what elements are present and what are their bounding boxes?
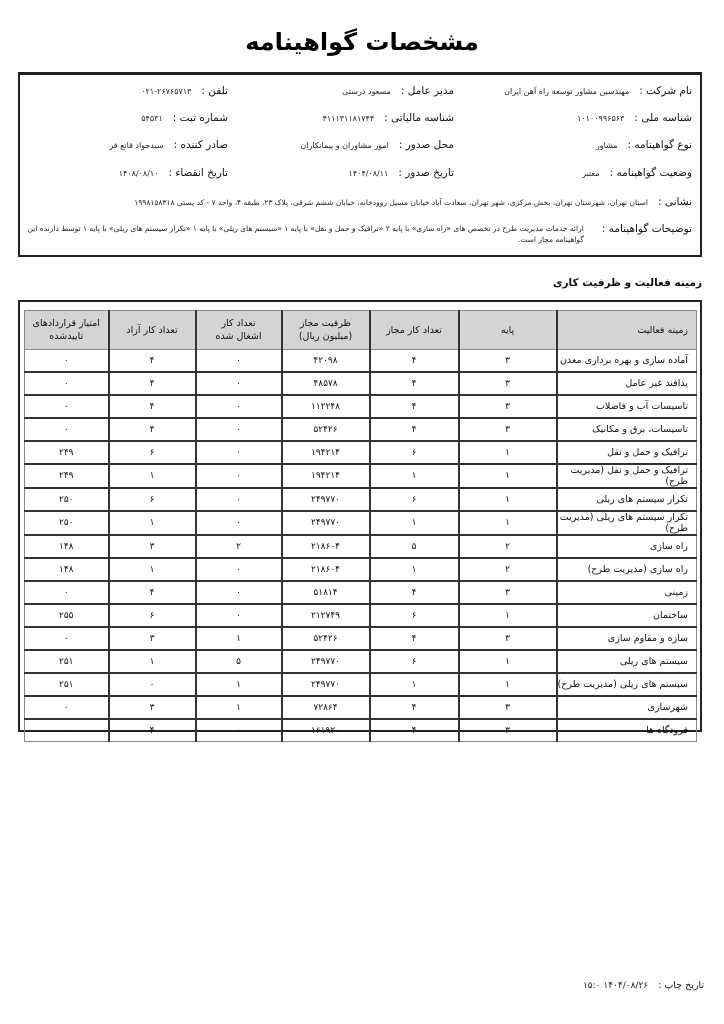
cell-allowed-jobs: ۴ (370, 627, 459, 650)
table-row: فرودگاه ها۳۴۱۶۱۹۲۰۰۴۰ (25, 719, 697, 742)
cell-occupied: ۰ (196, 464, 282, 488)
cell-free: ۱ (109, 511, 196, 535)
cell-free: ۶ (109, 604, 196, 627)
cell-field: سازه و مقاوم سازی (557, 627, 697, 650)
certificate-type-label: نوع گواهینامه : (628, 139, 693, 151)
activity-capacity-table: زمینه فعالیت پایه تعداد کار مجاز ظرفیت م… (24, 310, 697, 742)
cell-grade: ۳ (459, 395, 557, 418)
table-row: سیستم های ریلی۱۶۲۴۹۷۷۰۵۱۲۵۱ (25, 650, 697, 673)
cell-free: ۳ (109, 696, 196, 719)
cell-grade: ۳ (459, 372, 557, 395)
header-score-line1: امتیاز قراردادهای (29, 317, 104, 330)
table-row: تکرار سیستم های ریلی (مدیریت طرح)۱۱۲۴۹۷۷… (25, 511, 697, 535)
expiry-date-value: ۱۴۰۸/۰۸/۱۰ (119, 169, 159, 178)
registration-no-value: ۵۴۵۳۱ (141, 114, 162, 123)
certificate-type-field: نوع گواهینامه : مشاور (596, 139, 692, 151)
activity-table-frame: زمینه فعالیت پایه تعداد کار مجاز ظرفیت م… (18, 300, 702, 732)
table-row: آماده سازی و بهره برداری معدن۳۴۴۲۰۹۸۰۴۰ (25, 350, 697, 373)
cell-grade: ۱ (459, 464, 557, 488)
header-free-jobs: تعداد کار آزاد (109, 311, 196, 350)
info-row-3: نوع گواهینامه : مشاور محل صدور : امور مش… (20, 139, 700, 159)
cell-grade: ۱ (459, 673, 557, 696)
print-date-label: تاریخ چاپ : (658, 980, 704, 991)
cell-free: ۴ (109, 395, 196, 418)
cell-capacity: ۱۹۴۲۱۴ (282, 441, 370, 464)
header-field: زمینه فعالیت (557, 311, 697, 350)
header-allowed-capacity-line2: (میلیون ریال) (287, 330, 365, 343)
cell-grade: ۳ (459, 350, 557, 373)
issue-date-label: تاریخ صدور : (398, 167, 454, 179)
cell-free: ۶ (109, 488, 196, 511)
issuer-label: صادر کننده : (174, 139, 228, 151)
header-grade: پایه (459, 311, 557, 350)
ceo-label: مدیر عامل : (401, 85, 454, 97)
cell-occupied: ۰ (196, 719, 282, 742)
cell-grade: ۳ (459, 719, 557, 742)
cell-grade: ۲ (459, 535, 557, 558)
cell-allowed-jobs: ۴ (370, 372, 459, 395)
description-value: ارائه خدمات مدیریت طرح در تخصص های «راه … (24, 223, 584, 245)
address-value: استان تهران، شهرستان تهران، بخش مرکزی، ش… (134, 198, 648, 207)
certificate-status-label: وضعیت گواهینامه : (610, 167, 692, 179)
cell-occupied: ۰ (196, 395, 282, 418)
cell-occupied: ۱ (196, 673, 282, 696)
cell-grade: ۱ (459, 511, 557, 535)
cell-free: ۱ (109, 558, 196, 581)
header-score-line2: تاییدشده (29, 330, 104, 343)
cell-field: ساختمان (557, 604, 697, 627)
cell-occupied: ۰ (196, 418, 282, 441)
cell-score: ۲۵۱ (25, 650, 109, 673)
cell-grade: ۳ (459, 627, 557, 650)
cell-capacity: ۴۸۵۷۸ (282, 372, 370, 395)
table-header-row: زمینه فعالیت پایه تعداد کار مجاز ظرفیت م… (25, 311, 697, 350)
cell-allowed-jobs: ۱ (370, 558, 459, 581)
national-id-field: شناسه ملی : ۱۰۱۰۰۹۹۶۵۶۳ (577, 112, 692, 124)
info-row-2: شناسه ملی : ۱۰۱۰۰۹۹۶۵۶۳ شناسه مالیاتی : … (20, 112, 700, 132)
tax-id-value: ۴۱۱۱۳۱۱۸۱۷۴۴ (323, 114, 375, 123)
cell-occupied: ۱ (196, 627, 282, 650)
table-row: تاسیسات آب و فاضلاب۳۴۱۱۲۲۴۸۰۴۰ (25, 395, 697, 418)
address-field: نشانی : استان تهران، شهرستان تهران، بخش … (134, 196, 692, 208)
cell-field: ترافیک و حمل و نقل (مدیریت طرح) (557, 464, 697, 488)
phone-label: تلفن : (201, 85, 228, 97)
description-label: توضیحات گواهینامه : (602, 223, 692, 235)
certificate-status-field: وضعیت گواهینامه : معتبر (582, 167, 692, 179)
cell-allowed-jobs: ۶ (370, 488, 459, 511)
table-row: تکرار سیستم های ریلی۱۶۲۴۹۷۷۰۰۶۲۵۰ (25, 488, 697, 511)
phone-value: ۰۲۱-۲۶۷۶۵۷۱۳ (141, 87, 191, 96)
table-row: سازه و مقاوم سازی۳۴۵۲۴۲۶۱۳۰ (25, 627, 697, 650)
cell-capacity: ۲۱۲۷۴۹ (282, 604, 370, 627)
certificate-info-box: نام شرکت : مهندسین مشاور توسعه راه آهن ا… (18, 72, 702, 257)
cell-occupied: ۲ (196, 535, 282, 558)
cell-score: ۰ (25, 350, 109, 373)
cell-score: ۱۴۸ (25, 535, 109, 558)
cell-free: ۱ (109, 464, 196, 488)
expiry-date-field: تاریخ انقضاء : ۱۴۰۸/۰۸/۱۰ (119, 167, 228, 179)
cell-free: ۴ (109, 418, 196, 441)
activity-table-body: آماده سازی و بهره برداری معدن۳۴۴۲۰۹۸۰۴۰پ… (25, 350, 697, 742)
table-row: ساختمان۱۶۲۱۲۷۴۹۰۶۲۵۵ (25, 604, 697, 627)
cell-allowed-jobs: ۴ (370, 581, 459, 604)
issuer-field: صادر کننده : سیدجواد قانع فر (109, 139, 228, 151)
tax-id-label: شناسه مالیاتی : (384, 112, 454, 124)
cell-field: سیستم های ریلی (557, 650, 697, 673)
cell-allowed-jobs: ۶ (370, 604, 459, 627)
cell-field: تاسیسات، برق و مکانیک (557, 418, 697, 441)
cell-field: آماده سازی و بهره برداری معدن (557, 350, 697, 373)
address-label: نشانی : (658, 196, 692, 208)
cell-free: ۴ (109, 719, 196, 742)
cell-allowed-jobs: ۱ (370, 511, 459, 535)
cell-capacity: ۴۲۰۹۸ (282, 350, 370, 373)
cell-allowed-jobs: ۴ (370, 395, 459, 418)
cell-field: راه سازی (557, 535, 697, 558)
certificate-status-value: معتبر (582, 169, 599, 178)
cell-free: ۴ (109, 581, 196, 604)
cell-grade: ۲ (459, 558, 557, 581)
cell-capacity: ۲۴۹۷۷۰ (282, 511, 370, 535)
cell-capacity: ۲۱۸۶۰۴ (282, 535, 370, 558)
cell-capacity: ۱۹۴۲۱۴ (282, 464, 370, 488)
cell-capacity: ۵۲۴۲۶ (282, 627, 370, 650)
cell-occupied: ۱ (196, 696, 282, 719)
cell-allowed-jobs: ۶ (370, 650, 459, 673)
cell-occupied: ۰ (196, 488, 282, 511)
cell-allowed-jobs: ۶ (370, 441, 459, 464)
cell-capacity: ۲۴۹۷۷۰ (282, 673, 370, 696)
info-row-4: وضعیت گواهینامه : معتبر تاریخ صدور : ۱۴۰… (20, 167, 700, 187)
cell-grade: ۱ (459, 441, 557, 464)
table-row: زمینی۳۴۵۱۸۱۴۰۴۰ (25, 581, 697, 604)
issue-date-value: ۱۴۰۴/۰۸/۱۱ (349, 169, 389, 178)
cell-score: ۰ (25, 372, 109, 395)
certificate-type-value: مشاور (596, 141, 618, 150)
issuer-value: سیدجواد قانع فر (109, 141, 163, 150)
registration-no-field: شماره ثبت : ۵۴۵۳۱ (141, 112, 228, 124)
cell-allowed-jobs: ۴ (370, 350, 459, 373)
header-allowed-capacity: ظرفیت مجاز (میلیون ریال) (282, 311, 370, 350)
cell-allowed-jobs: ۴ (370, 418, 459, 441)
cell-free: ۴ (109, 372, 196, 395)
header-occupied-jobs: تعداد کار اشغال شده (196, 311, 282, 350)
header-score: امتیاز قراردادهای تاییدشده (25, 311, 109, 350)
table-row: ترافیک و حمل و نقل (مدیریت طرح)۱۱۱۹۴۲۱۴۰… (25, 464, 697, 488)
header-allowed-jobs: تعداد کار مجاز (370, 311, 459, 350)
registration-no-label: شماره ثبت : (173, 112, 228, 124)
print-date-value: ۱۴۰۴/۰۸/۲۶ ۱۵:۰ (583, 981, 648, 991)
cell-free: ۴ (109, 350, 196, 373)
cell-score: ۰ (25, 719, 109, 742)
ceo-field: مدیر عامل : مسعود درستی (342, 85, 454, 97)
cell-occupied: ۰ (196, 558, 282, 581)
cell-free: ۳ (109, 627, 196, 650)
certificate-page: مشخصات گواهینامه نام شرکت : مهندسین مشاو… (0, 0, 724, 1024)
table-row: شهرسازی۳۴۷۲۸۶۴۱۳۰ (25, 696, 697, 719)
cell-capacity: ۵۲۴۲۶ (282, 418, 370, 441)
cell-allowed-jobs: ۱ (370, 673, 459, 696)
cell-allowed-jobs: ۱ (370, 464, 459, 488)
info-row-1: نام شرکت : مهندسین مشاور توسعه راه آهن ا… (20, 85, 700, 105)
cell-occupied: ۰ (196, 350, 282, 373)
cell-field: پدافند غیر عامل (557, 372, 697, 395)
table-row: سیستم های ریلی (مدیریت طرح)۱۱۲۴۹۷۷۰۱۰۲۵۱ (25, 673, 697, 696)
table-row: تاسیسات، برق و مکانیک۳۴۵۲۴۲۶۰۴۰ (25, 418, 697, 441)
ceo-value: مسعود درستی (342, 87, 391, 96)
cell-field: سیستم های ریلی (مدیریت طرح) (557, 673, 697, 696)
cell-grade: ۳ (459, 418, 557, 441)
company-name-label: نام شرکت : (639, 85, 692, 97)
cell-occupied: ۰ (196, 441, 282, 464)
cell-field: فرودگاه ها (557, 719, 697, 742)
cell-allowed-jobs: ۴ (370, 696, 459, 719)
cell-score: ۲۴۹ (25, 441, 109, 464)
cell-grade: ۳ (459, 696, 557, 719)
cell-field: زمینی (557, 581, 697, 604)
table-row: راه سازی (مدیریت طرح)۲۱۲۱۸۶۰۴۰۱۱۴۸ (25, 558, 697, 581)
cell-score: ۰ (25, 696, 109, 719)
tax-id-field: شناسه مالیاتی : ۴۱۱۱۳۱۱۸۱۷۴۴ (323, 112, 454, 124)
national-id-label: شناسه ملی : (634, 112, 692, 124)
cell-capacity: ۲۱۸۶۰۴ (282, 558, 370, 581)
cell-score: ۱۴۸ (25, 558, 109, 581)
page-margin (0, 0, 18, 1024)
cell-score: ۰ (25, 395, 109, 418)
cell-score: ۲۵۰ (25, 488, 109, 511)
cell-capacity: ۱۱۲۲۴۸ (282, 395, 370, 418)
table-row: ترافیک و حمل و نقل۱۶۱۹۴۲۱۴۰۶۲۴۹ (25, 441, 697, 464)
activity-section-title: زمینه فعالیت و ظرفیت کاری (553, 277, 702, 289)
cell-score: ۲۴۹ (25, 464, 109, 488)
cell-allowed-jobs: ۴ (370, 719, 459, 742)
cell-field: شهرسازی (557, 696, 697, 719)
expiry-date-label: تاریخ انقضاء : (169, 167, 229, 179)
cell-score: ۰ (25, 581, 109, 604)
header-occupied-line2: اشغال شده (201, 330, 277, 343)
header-allowed-capacity-line1: ظرفیت مجاز (287, 317, 365, 330)
table-row: پدافند غیر عامل۳۴۴۸۵۷۸۰۴۰ (25, 372, 697, 395)
cell-field: تکرار سیستم های ریلی (مدیریت طرح) (557, 511, 697, 535)
cell-occupied: ۰ (196, 581, 282, 604)
cell-score: ۰ (25, 627, 109, 650)
cell-occupied: ۵ (196, 650, 282, 673)
cell-capacity: ۵۱۸۱۴ (282, 581, 370, 604)
issue-place-field: محل صدور : امور مشاوران و پیمانکاران (300, 139, 454, 151)
issue-place-value: امور مشاوران و پیمانکاران (300, 141, 388, 150)
cell-capacity: ۱۶۱۹۲۰ (282, 719, 370, 742)
cell-occupied: ۰ (196, 372, 282, 395)
cell-capacity: ۲۴۹۷۷۰ (282, 650, 370, 673)
company-name-field: نام شرکت : مهندسین مشاور توسعه راه آهن ا… (504, 85, 692, 97)
cell-grade: ۱ (459, 604, 557, 627)
cell-capacity: ۷۲۸۶۴ (282, 696, 370, 719)
cell-occupied: ۰ (196, 511, 282, 535)
cell-capacity: ۲۴۹۷۷۰ (282, 488, 370, 511)
table-row: راه سازی۲۵۲۱۸۶۰۴۲۳۱۴۸ (25, 535, 697, 558)
cell-free: ۱ (109, 650, 196, 673)
print-date: تاریخ چاپ : ۱۴۰۴/۰۸/۲۶ ۱۵:۰ (583, 980, 704, 991)
cell-grade: ۳ (459, 581, 557, 604)
cell-field: ترافیک و حمل و نقل (557, 441, 697, 464)
cell-field: تاسیسات آب و فاضلاب (557, 395, 697, 418)
cell-score: ۲۵۰ (25, 511, 109, 535)
cell-free: ۰ (109, 673, 196, 696)
national-id-value: ۱۰۱۰۰۹۹۶۵۶۳ (577, 114, 624, 123)
page-title: مشخصات گواهینامه (0, 28, 724, 56)
cell-free: ۳ (109, 535, 196, 558)
phone-field: تلفن : ۰۲۱-۲۶۷۶۵۷۱۳ (141, 85, 228, 97)
issue-place-label: محل صدور : (399, 139, 454, 151)
cell-field: تکرار سیستم های ریلی (557, 488, 697, 511)
cell-free: ۶ (109, 441, 196, 464)
cell-field: راه سازی (مدیریت طرح) (557, 558, 697, 581)
cell-occupied: ۰ (196, 604, 282, 627)
cell-score: ۲۵۵ (25, 604, 109, 627)
issue-date-field: تاریخ صدور : ۱۴۰۴/۰۸/۱۱ (349, 167, 454, 179)
cell-score: ۲۵۱ (25, 673, 109, 696)
header-occupied-line1: تعداد کار (201, 317, 277, 330)
cell-allowed-jobs: ۵ (370, 535, 459, 558)
cell-score: ۰ (25, 418, 109, 441)
cell-grade: ۱ (459, 488, 557, 511)
description-field: توضیحات گواهینامه : ارائه خدمات مدیریت ط… (24, 223, 692, 245)
company-name-value: مهندسین مشاور توسعه راه آهن ایران (504, 87, 629, 96)
cell-grade: ۱ (459, 650, 557, 673)
